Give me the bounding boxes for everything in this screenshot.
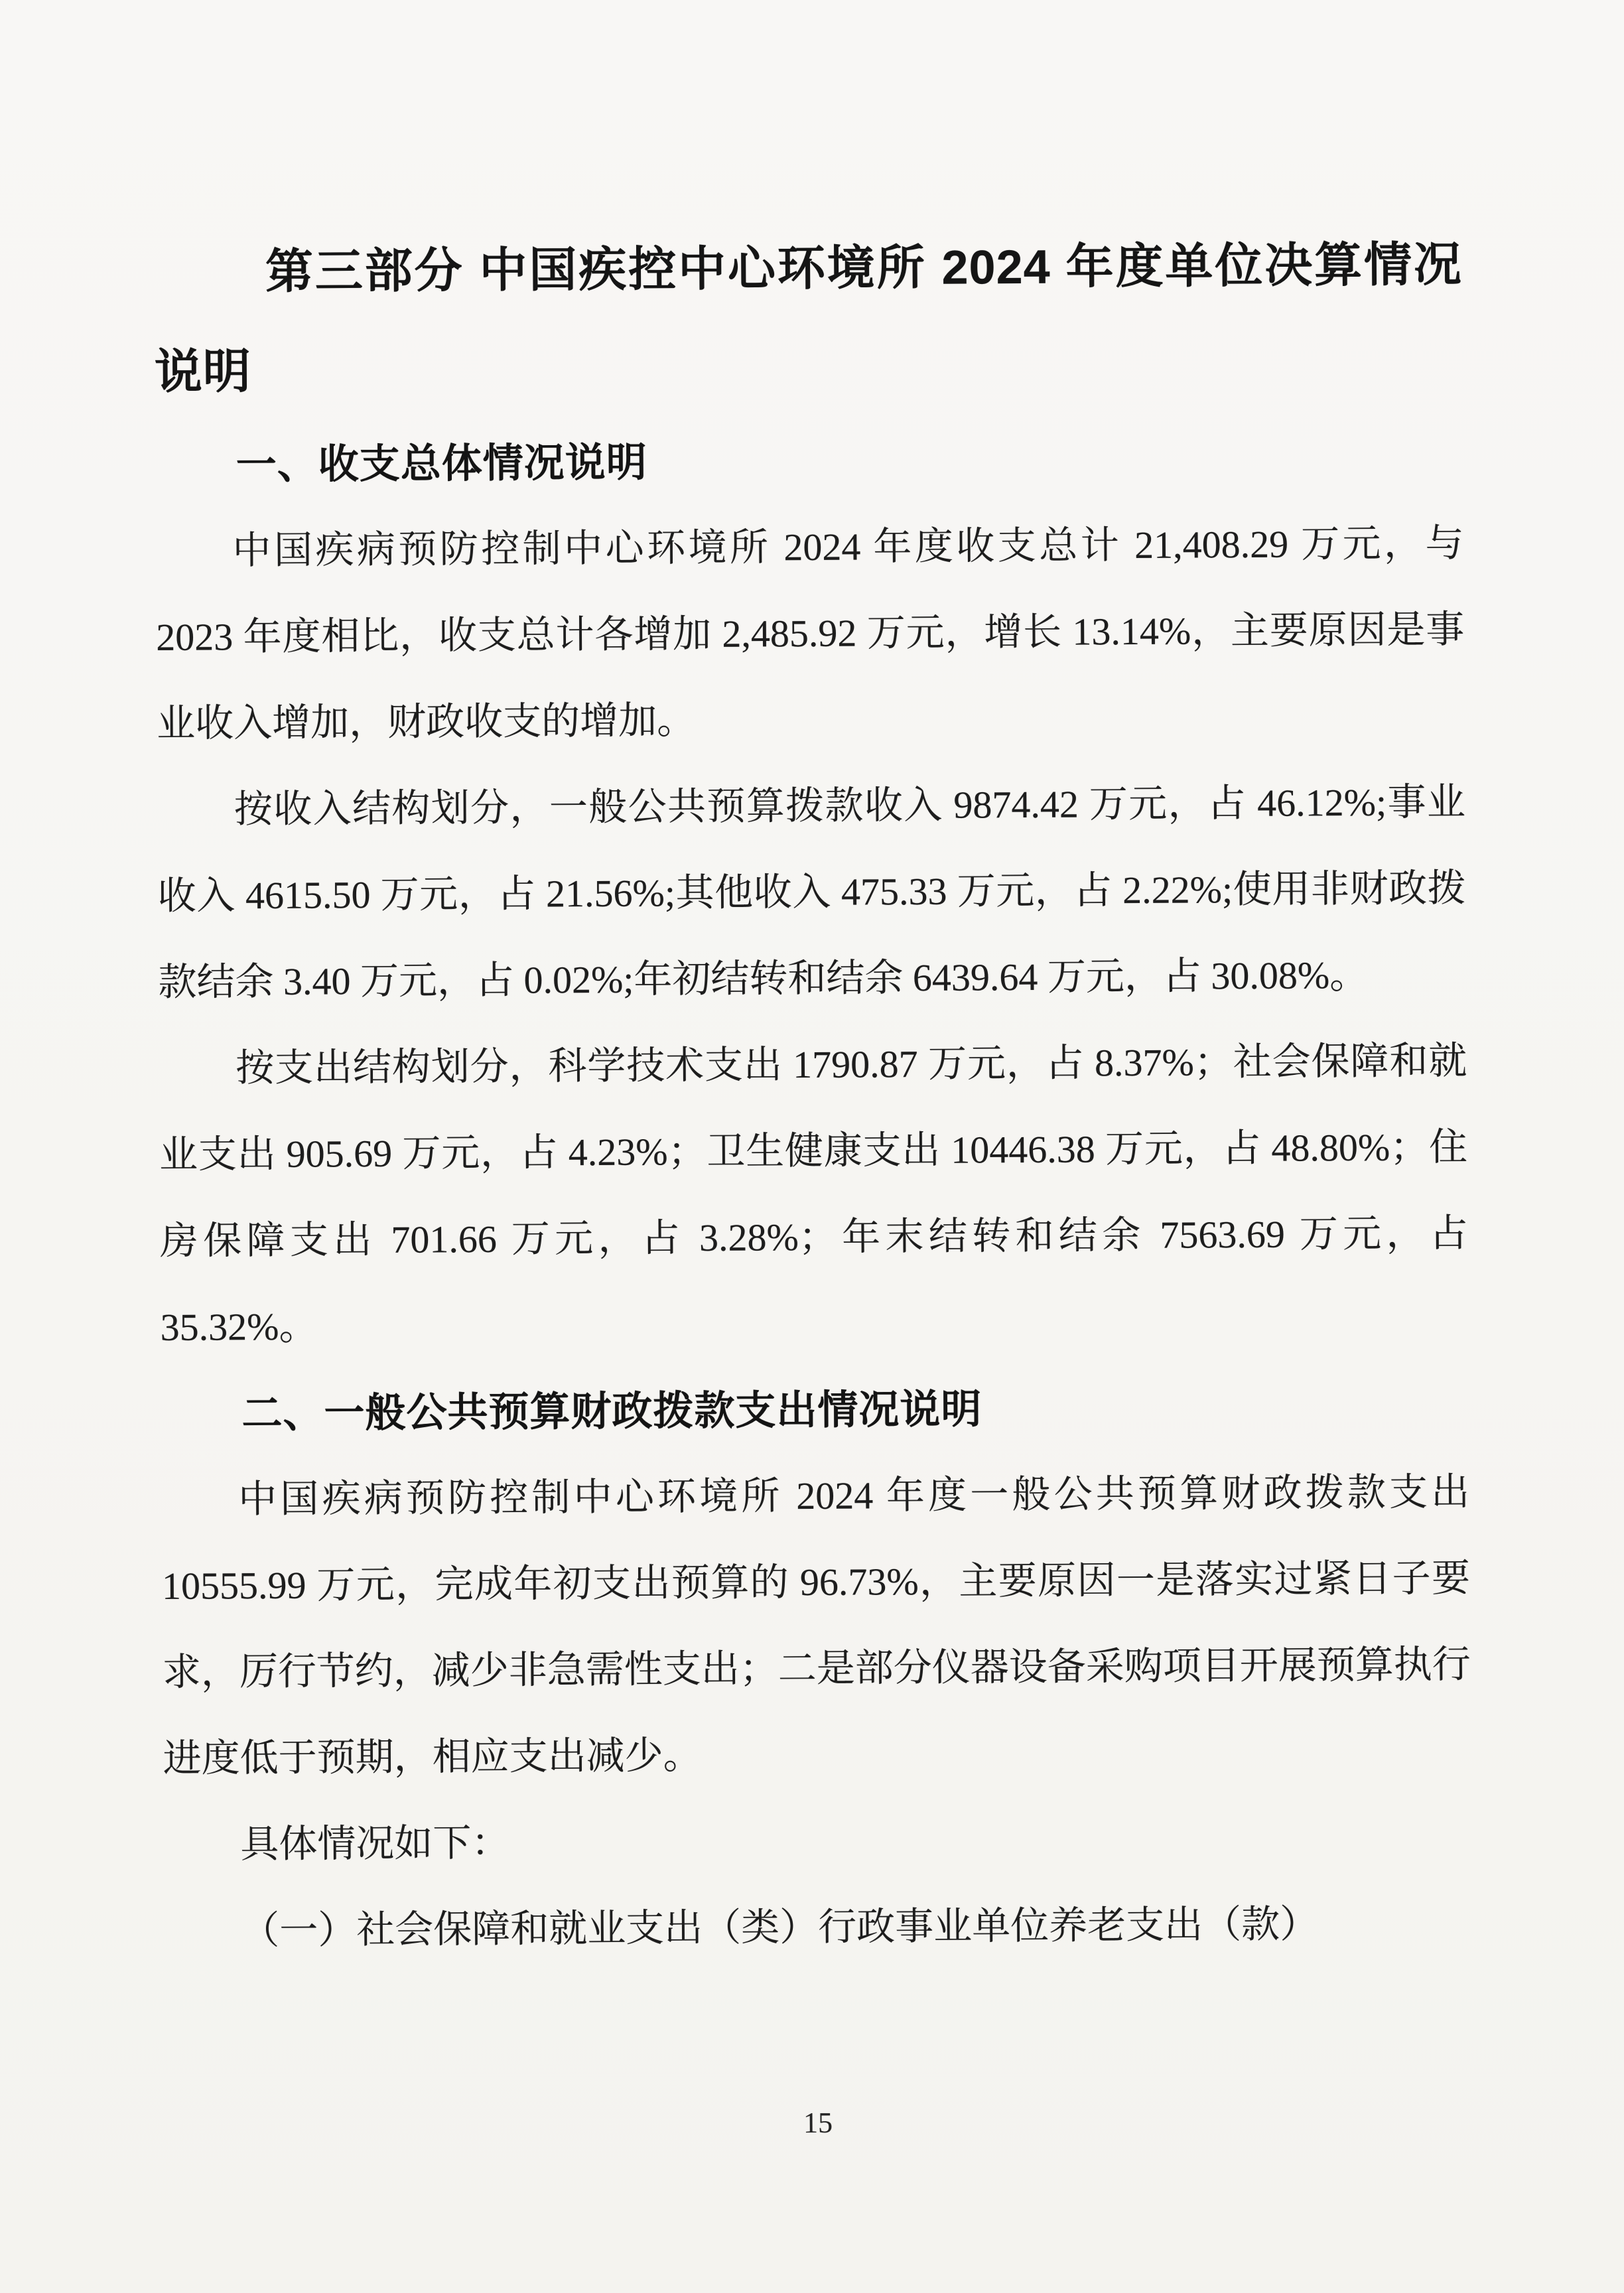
section-heading: 二、一般公共预算财政拨款支出情况说明 [161, 1363, 1469, 1457]
section-heading: 一、收支总体情况说明 [155, 414, 1463, 508]
document-page: 第三部分 中国疾控中心环境所 2024 年度单位决算情况说明 一、收支总体情况说… [0, 0, 1624, 2293]
document-content: 第三部分 中国疾控中心环境所 2024 年度单位决算情况说明 一、收支总体情况说… [0, 0, 1624, 2293]
body-paragraph: 按收入结构划分，一般公共预算拨款收入 9874.42 万元，占 46.12%;事… [157, 759, 1466, 1026]
body-paragraph: 具体情况如下： [163, 1794, 1472, 1888]
body-paragraph: 中国疾病预防控制中心环境所 2024 年度收支总计 21,408.29 万元，与… [155, 500, 1465, 767]
body-paragraph: 按支出结构划分，科学技术支出 1790.87 万元，占 8.37%；社会保障和就… [159, 1018, 1469, 1371]
document-body: 一、收支总体情况说明中国疾病预防控制中心环境所 2024 年度收支总计 21,4… [155, 414, 1472, 1975]
body-paragraph: （一）社会保障和就业支出（类）行政事业单位养老支出（款） [164, 1880, 1473, 1975]
body-paragraph: 中国疾病预防控制中心环境所 2024 年度一般公共预算财政拨款支出 10555.… [161, 1449, 1471, 1802]
document-title: 第三部分 中国疾控中心环境所 2024 年度单位决算情况说明 [153, 215, 1463, 422]
page-number: 15 [6, 2103, 1624, 2142]
